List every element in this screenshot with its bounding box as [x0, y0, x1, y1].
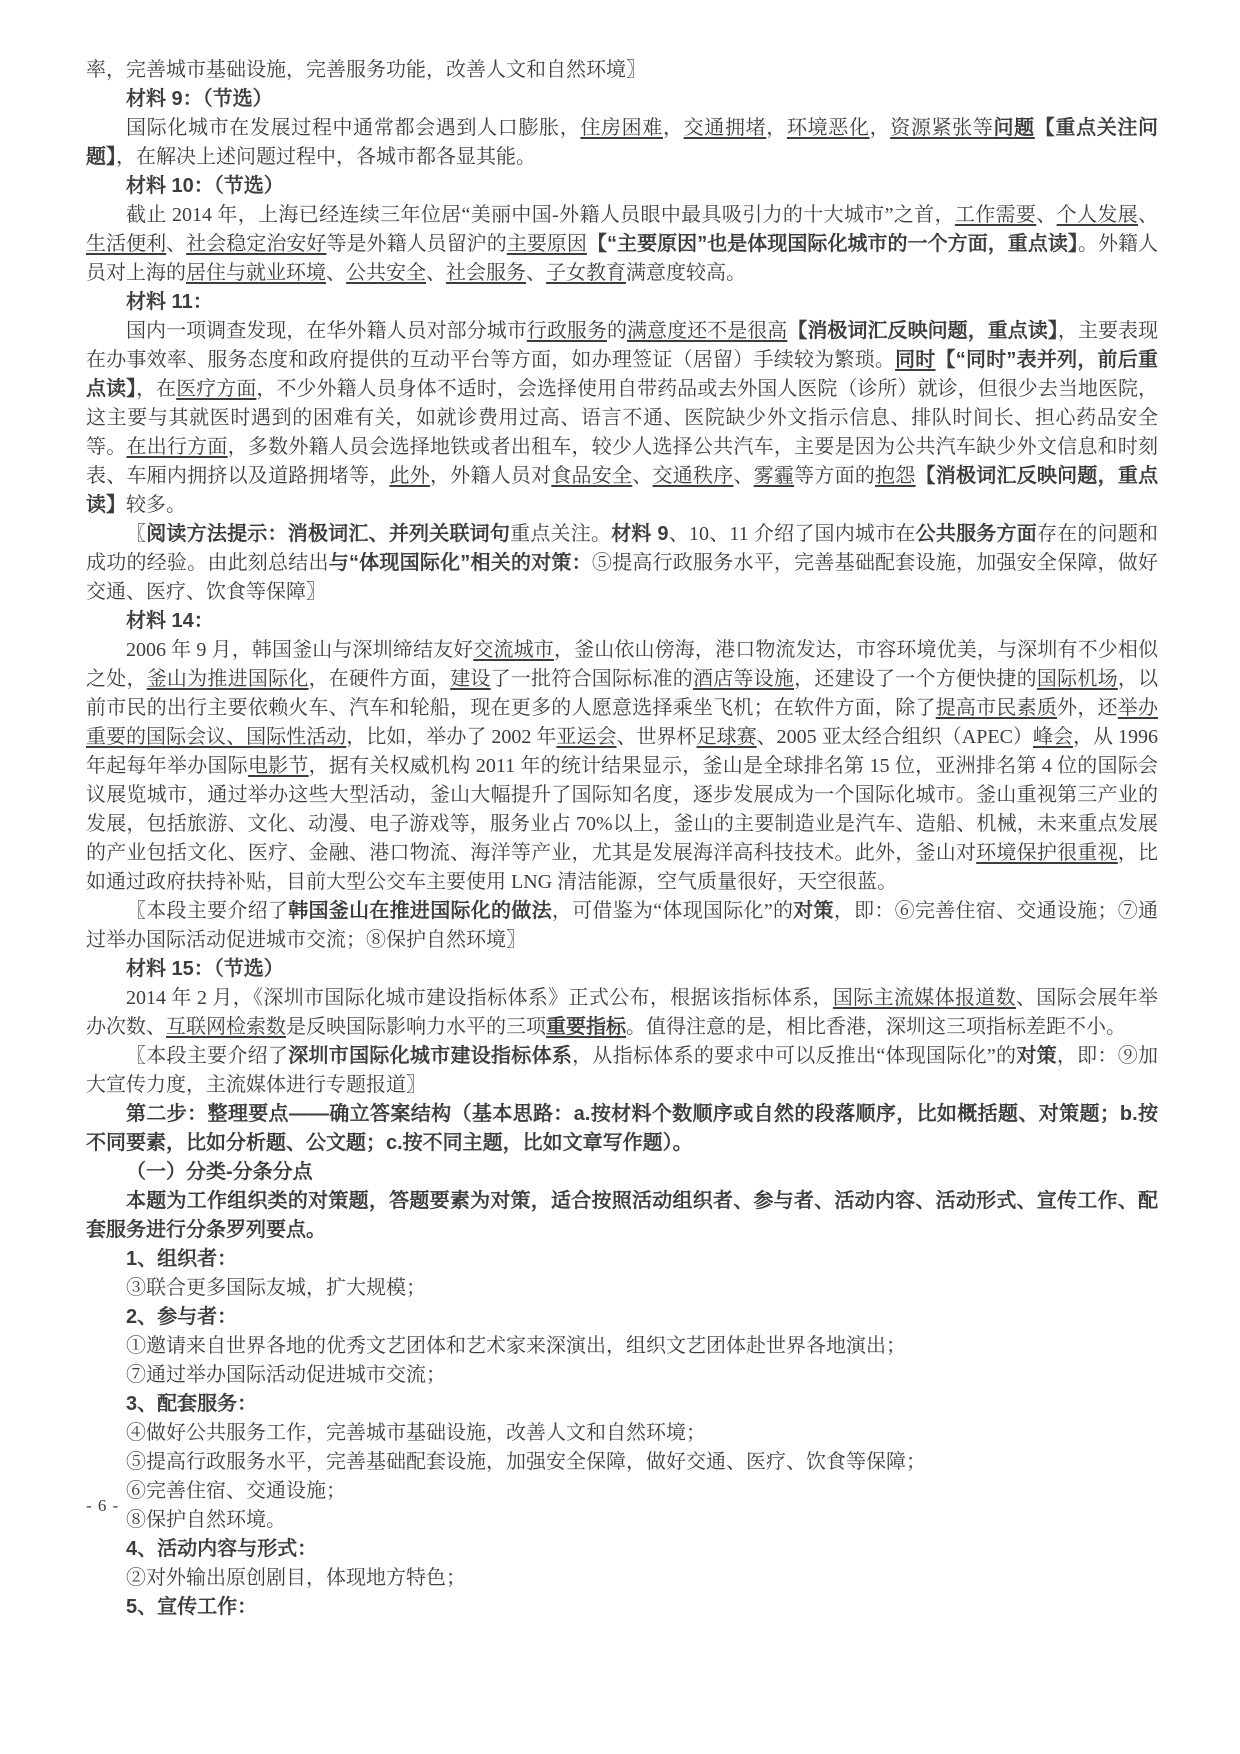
text-run: 材料 14：	[126, 610, 214, 632]
text-run: ，从指标体系的要求中可以反推出“体现国际化”的	[572, 1045, 1016, 1067]
material-11-heading: 材料 11：	[86, 288, 1158, 317]
text-run: 社会稳定治安好	[186, 233, 326, 255]
text-run: 材料 10：（节选）	[126, 175, 284, 197]
text-run: 、世界杯	[616, 726, 696, 748]
text-run: 国际化城市在发展过程中通常都会遇到人口膨胀，	[126, 117, 580, 139]
material-11-body: 国内一项调查发现，在华外籍人员对部分城市行政服务的满意度还不是很高【消极词汇反映…	[86, 317, 1158, 520]
text-run: 【消极词汇反映问题，重点读】	[787, 320, 1058, 342]
text-run: ⑥完善住宿、交通设施；	[126, 1480, 346, 1502]
section-1-intro: 本题为工作组织类的对策题，答题要素为对策，适合按照活动组织者、参与者、活动内容、…	[86, 1187, 1158, 1245]
text-run: ③联合更多国际友城，扩大规模；	[126, 1277, 426, 1299]
text-run: 、	[1036, 204, 1056, 226]
text-run: 与“体现国际化”相关的对策：	[329, 552, 592, 574]
text-run: 食品安全	[551, 465, 632, 487]
text-run: 问题	[993, 117, 1034, 139]
text-run: 环境恶化	[787, 117, 870, 139]
text-run: 行政服务	[527, 320, 607, 342]
text-run: 〖本段主要介绍了	[126, 1045, 288, 1067]
text-run: 、10、11 介绍了国内城市在	[669, 523, 916, 545]
text-run: 医疗方面	[176, 378, 256, 400]
text-run: 个人发展	[1057, 204, 1138, 226]
text-run: 主要原因	[507, 233, 587, 255]
document-page: 率，完善城市基础设施，完善服务功能，改善人文和自然环境〗材料 9：（节选）国际化…	[0, 0, 1240, 1754]
list-4-heading: 4、活动内容与形式：	[86, 1535, 1158, 1564]
text-run: 满意度较高。	[626, 262, 746, 284]
text-run: ，可借鉴为“体现国际化”的	[552, 900, 793, 922]
text-run: 资源紧张等	[890, 117, 993, 139]
step-2-heading: 第二步：整理要点——确立答案结构（基本思路：a.按材料个数顺序或自然的段落顺序，…	[86, 1100, 1158, 1158]
text-run: 雾霾	[754, 465, 794, 487]
text-run: 本题为工作组织类的对策题，答题要素为对策，适合按照活动组织者、参与者、活动内容、…	[86, 1190, 1158, 1241]
text-run: ⑧保护自然环境。	[126, 1509, 286, 1531]
text-run: 交通秩序	[653, 465, 734, 487]
material-9-body: 国际化城市在发展过程中通常都会遇到人口膨胀，住房困难，交通拥堵，环境恶化，资源紧…	[86, 114, 1158, 172]
text-run: 【“主要原因”也是体现国际化城市的一个方面，重点读】	[587, 233, 1078, 255]
text-run: 2、参与者：	[126, 1306, 237, 1328]
text-run: ⑦通过举办国际活动促进城市交流；	[126, 1364, 446, 1386]
list-3-item-a: ④做好公共服务工作，完善城市基础设施，改善人文和自然环境；	[86, 1419, 1158, 1448]
text-run: 、2005 亚太经合组织（APEC）	[757, 726, 1033, 748]
text-run: 、	[426, 262, 446, 284]
text-run: 、	[1138, 204, 1158, 226]
text-run: 材料 15：（节选）	[126, 958, 284, 980]
material-9-heading: 材料 9：（节选）	[86, 85, 1158, 114]
text-run: 国内一项调查发现，在华外籍人员对部分城市	[126, 320, 527, 342]
text-run: 对策	[793, 900, 834, 922]
text-run: ，	[766, 117, 787, 139]
text-run: 建设	[450, 668, 490, 690]
material-14-body: 2006 年 9 月，韩国釜山与深圳缔结友好交流城市，釜山依山傍海，港口物流发达…	[86, 636, 1158, 897]
text-run: ，比如，举办了 2002 年	[346, 726, 556, 748]
text-run: 5、宣传工作：	[126, 1596, 257, 1618]
text-run: ①邀请来自世界各地的优秀文艺团体和艺术家来深演出，组织文艺团体赴世界各地演出；	[126, 1335, 906, 1357]
text-run: ⑤提高行政服务水平，完善基础配套设施，加强安全保障，做好交通、医疗、饮食等保障；	[126, 1451, 926, 1473]
text-run: 、	[733, 465, 753, 487]
text-run: 。值得注意的是，相比香港，深圳这三项指标差距不小。	[626, 1016, 1126, 1038]
text-run: 国际机场	[1037, 668, 1118, 690]
text-run: 、	[326, 262, 346, 284]
text-run: ②对外输出原创剧目，体现地方特色；	[126, 1567, 466, 1589]
text-run: 韩国釜山在推进国际化的做法	[288, 900, 552, 922]
text-run: 足球赛	[697, 726, 757, 748]
text-run: 1、组织者：	[126, 1248, 237, 1270]
text-run: 材料 9	[611, 523, 668, 545]
text-run: 此外	[389, 465, 429, 487]
text-run: 的	[607, 320, 627, 342]
list-2-heading: 2、参与者：	[86, 1303, 1158, 1332]
text-run: 外，还	[1057, 697, 1118, 719]
text-run: 截止 2014 年，上海已经连续三年位居“美丽中国-外籍人员眼中最具吸引力的十大…	[126, 204, 955, 226]
list-1-item: ③联合更多国际友城，扩大规模；	[86, 1274, 1158, 1303]
text-run: 了一批符合国际标准的	[491, 668, 693, 690]
text-run: 2006 年 9 月，韩国釜山与深圳缔结友好	[126, 639, 473, 661]
text-run: ，	[663, 117, 684, 139]
list-3-heading: 3、配套服务：	[86, 1390, 1158, 1419]
text-run: （一）分类-分条分点	[126, 1161, 313, 1183]
document-body: 率，完善城市基础设施，完善服务功能，改善人文和自然环境〗材料 9：（节选）国际化…	[86, 56, 1158, 1622]
list-1-heading: 1、组织者：	[86, 1245, 1158, 1274]
section-1-heading: （一）分类-分条分点	[86, 1158, 1158, 1187]
text-run: 第二步：整理要点——确立答案结构（基本思路：a.按材料个数顺序或自然的段落顺序，…	[86, 1103, 1158, 1154]
text-run: ④做好公共服务工作，完善城市基础设施，改善人文和自然环境；	[126, 1422, 706, 1444]
text-run: 阅读方法提示：消极词汇、并列关联词句	[146, 523, 510, 545]
text-run: 等是外籍人员留沪的	[326, 233, 506, 255]
text-run: ，在	[136, 378, 176, 400]
text-run: 是反映国际影响力水平的三项	[286, 1016, 546, 1038]
continuation-paragraph: 率，完善城市基础设施，完善服务功能，改善人文和自然环境〗	[86, 56, 1158, 85]
text-run: 互联网检索数	[166, 1016, 286, 1038]
text-run: ，还建设了一个方便快捷的	[794, 668, 1037, 690]
text-run: 亚运会	[556, 726, 616, 748]
reading-tip-note: 〖阅读方法提示：消极词汇、并列关联词句重点关注。材料 9、10、11 介绍了国内…	[86, 520, 1158, 607]
text-run: 对策	[1016, 1045, 1057, 1067]
text-run: 满意度还不是很高	[627, 320, 787, 342]
text-run: 酒店等设施	[693, 668, 794, 690]
list-2-item-a: ①邀请来自世界各地的优秀文艺团体和艺术家来深演出，组织文艺团体赴世界各地演出；	[86, 1332, 1158, 1361]
material-14-heading: 材料 14：	[86, 607, 1158, 636]
text-run: 在出行方面	[126, 436, 227, 458]
text-run: 等方面的	[794, 465, 875, 487]
text-run: 〖本段主要介绍了	[126, 900, 288, 922]
list-4-item: ②对外输出原创剧目，体现地方特色；	[86, 1564, 1158, 1593]
list-2-item-b: ⑦通过举办国际活动促进城市交流；	[86, 1361, 1158, 1390]
text-run: 生活便利	[86, 233, 166, 255]
text-run: ，外籍人员对	[430, 465, 551, 487]
material-15-heading: 材料 15：（节选）	[86, 955, 1158, 984]
text-run: 交通拥堵	[684, 117, 767, 139]
text-run: 重要指标	[546, 1016, 626, 1038]
text-run: 子女教育	[546, 262, 626, 284]
text-run: 公共服务方面	[916, 523, 1037, 545]
text-run: 住房困难	[580, 117, 663, 139]
text-run: 电影节	[248, 755, 309, 777]
text-run: ，在解决上述问题过程中，各城市都各显其能。	[116, 146, 536, 168]
text-run: 4、活动内容与形式：	[126, 1538, 317, 1560]
text-run: 材料 9：（节选）	[126, 88, 273, 110]
text-run: 、	[166, 233, 186, 255]
material-10-heading: 材料 10：（节选）	[86, 172, 1158, 201]
text-run: 交流城市	[473, 639, 554, 661]
list-5-heading: 5、宣传工作：	[86, 1593, 1158, 1622]
text-run: 、	[526, 262, 546, 284]
material-10-body: 截止 2014 年，上海已经连续三年位居“美丽中国-外籍人员眼中最具吸引力的十大…	[86, 201, 1158, 288]
text-run: 材料 11：	[126, 291, 213, 313]
text-run: 釜山为推进国际化	[147, 668, 309, 690]
text-run: 〖	[126, 523, 146, 545]
text-run: 较多。	[126, 494, 186, 516]
list-3-item-c: ⑥完善住宿、交通设施；	[86, 1477, 1158, 1506]
text-run: 社会服务	[446, 262, 526, 284]
list-3-item-b: ⑤提高行政服务水平，完善基础配套设施，加强安全保障，做好交通、医疗、饮食等保障；	[86, 1448, 1158, 1477]
text-run: 工作需要	[955, 204, 1036, 226]
material-15-body: 2014 年 2 月，《深圳市国际化城市建设指标体系》正式公布，根据该指标体系，…	[86, 984, 1158, 1042]
text-run: 率，完善城市基础设施，完善服务功能，改善人文和自然环境〗	[86, 59, 646, 81]
text-run: ，在硬件方面，	[309, 668, 451, 690]
text-run: 提高市民素质	[936, 697, 1057, 719]
text-run: 、	[632, 465, 652, 487]
text-run: 抱怨	[875, 465, 915, 487]
text-run: 深圳市国际化城市建设指标体系	[288, 1045, 572, 1067]
text-run: 3、配套服务：	[126, 1393, 257, 1415]
text-run: 居住与就业环境	[186, 262, 326, 284]
text-run: 公共安全	[346, 262, 426, 284]
page-number: - 6 -	[86, 1496, 119, 1516]
list-3-item-d: ⑧保护自然环境。	[86, 1506, 1158, 1535]
text-run: ，	[870, 117, 891, 139]
material-14-note: 〖本段主要介绍了韩国釜山在推进国际化的做法，可借鉴为“体现国际化”的对策，即：⑥…	[86, 897, 1158, 955]
text-run: 环境保护很重视	[976, 842, 1118, 864]
text-run: 峰会	[1033, 726, 1073, 748]
text-run: 国际主流媒体报道数	[833, 987, 1016, 1009]
material-15-note: 〖本段主要介绍了深圳市国际化城市建设指标体系，从指标体系的要求中可以反推出“体现…	[86, 1042, 1158, 1100]
text-run: 同时	[895, 349, 935, 371]
text-run: 2014 年 2 月，《深圳市国际化城市建设指标体系》正式公布，根据该指标体系，	[126, 987, 833, 1009]
text-run: 重点关注。	[510, 523, 611, 545]
